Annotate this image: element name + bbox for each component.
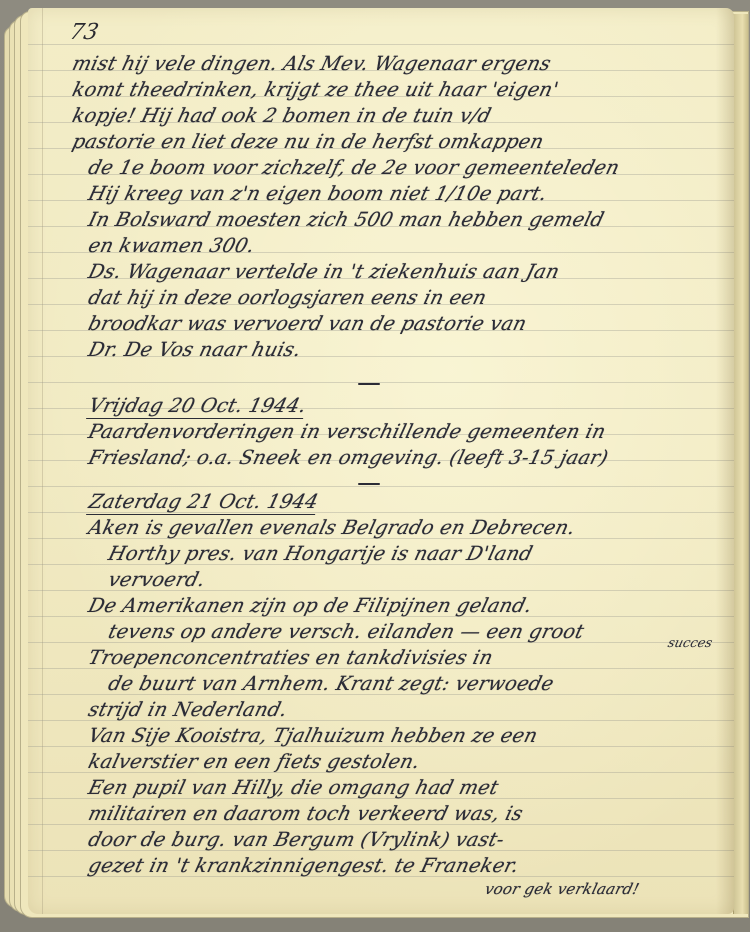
margin-annotation: succes [666, 636, 714, 651]
ruled-line [28, 382, 734, 383]
diary-line: militairen en daarom toch verkeerd was, … [86, 802, 525, 825]
entry-separator [358, 383, 380, 385]
diary-line: In Bolsward moesten zich 500 man hebben … [86, 208, 607, 231]
diary-line: gezet in 't krankzinnigengest. te Franek… [86, 854, 521, 877]
diary-line: tevens op andere versch. eilanden — een … [106, 620, 587, 643]
diary-line: broodkar was vervoerd van de pastorie va… [86, 312, 529, 335]
diary-line: Van Sije Kooistra, Tjalhuizum hebben ze … [86, 724, 540, 747]
diary-line: door de burg. van Bergum (Vrylink) vast- [86, 828, 507, 851]
entry-heading: Vrijdag 20 Oct. 1944. [86, 394, 309, 419]
diary-line: mist hij vele dingen. Als Mev. Wagenaar … [70, 52, 553, 75]
diary-line: De Amerikanen zijn op de Filipijnen gela… [86, 594, 535, 617]
back-page-edge [733, 14, 748, 914]
entry-separator [358, 483, 380, 485]
diary-line: strijd in Nederland. [86, 698, 290, 721]
diary-page: 73 mist hij vele dingen. Als Mev. Wagena… [28, 8, 734, 914]
diary-line: kalverstier en een fiets gestolen. [86, 750, 423, 773]
entry-heading: Zaterdag 21 Oct. 1944 [86, 490, 321, 515]
scanned-notebook: 73 mist hij vele dingen. Als Mev. Wagena… [0, 0, 750, 932]
diary-line: Dr. De Vos naar huis. [86, 338, 304, 361]
diary-line: Friesland; o.a. Sneek en omgeving. (leef… [86, 446, 611, 469]
ruled-line [28, 44, 734, 45]
diary-line: Aken is gevallen evenals Belgrado en Deb… [86, 516, 578, 539]
diary-line: Ds. Wagenaar vertelde in 't ziekenhuis a… [86, 260, 562, 283]
diary-line: en kwamen 300. [86, 234, 257, 257]
page-edge-shadow [716, 8, 734, 914]
diary-line: komt theedrinken, krijgt ze thee uit haa… [70, 78, 561, 101]
margin-line [42, 8, 43, 914]
diary-line: vervoerd. [106, 568, 208, 591]
diary-line: pastorie en liet deze nu in de herfst om… [70, 130, 546, 153]
diary-line: voor gek verklaard! [483, 880, 641, 898]
diary-line: Hij kreeg van z'n eigen boom niet 1/10e … [86, 182, 549, 205]
diary-line: dat hij in deze oorlogsjaren eens in een [86, 286, 489, 309]
diary-line: kopje! Hij had ook 2 bomen in de tuin v/… [70, 104, 494, 127]
diary-line: Troepenconcentraties en tankdivisies in [86, 646, 495, 669]
diary-line: de 1e boom voor zichzelf, de 2e voor gem… [86, 156, 622, 179]
diary-line: Horthy pres. van Hongarije is naar D'lan… [106, 542, 535, 565]
diary-line: de buurt van Arnhem. Krant zegt: verwoed… [106, 672, 556, 695]
page-number: 73 [67, 20, 100, 45]
diary-line: Een pupil van Hilly, die omgang had met [86, 776, 501, 799]
ruled-line [28, 486, 734, 487]
diary-line: Paardenvorderingen in verschillende geme… [86, 420, 608, 443]
